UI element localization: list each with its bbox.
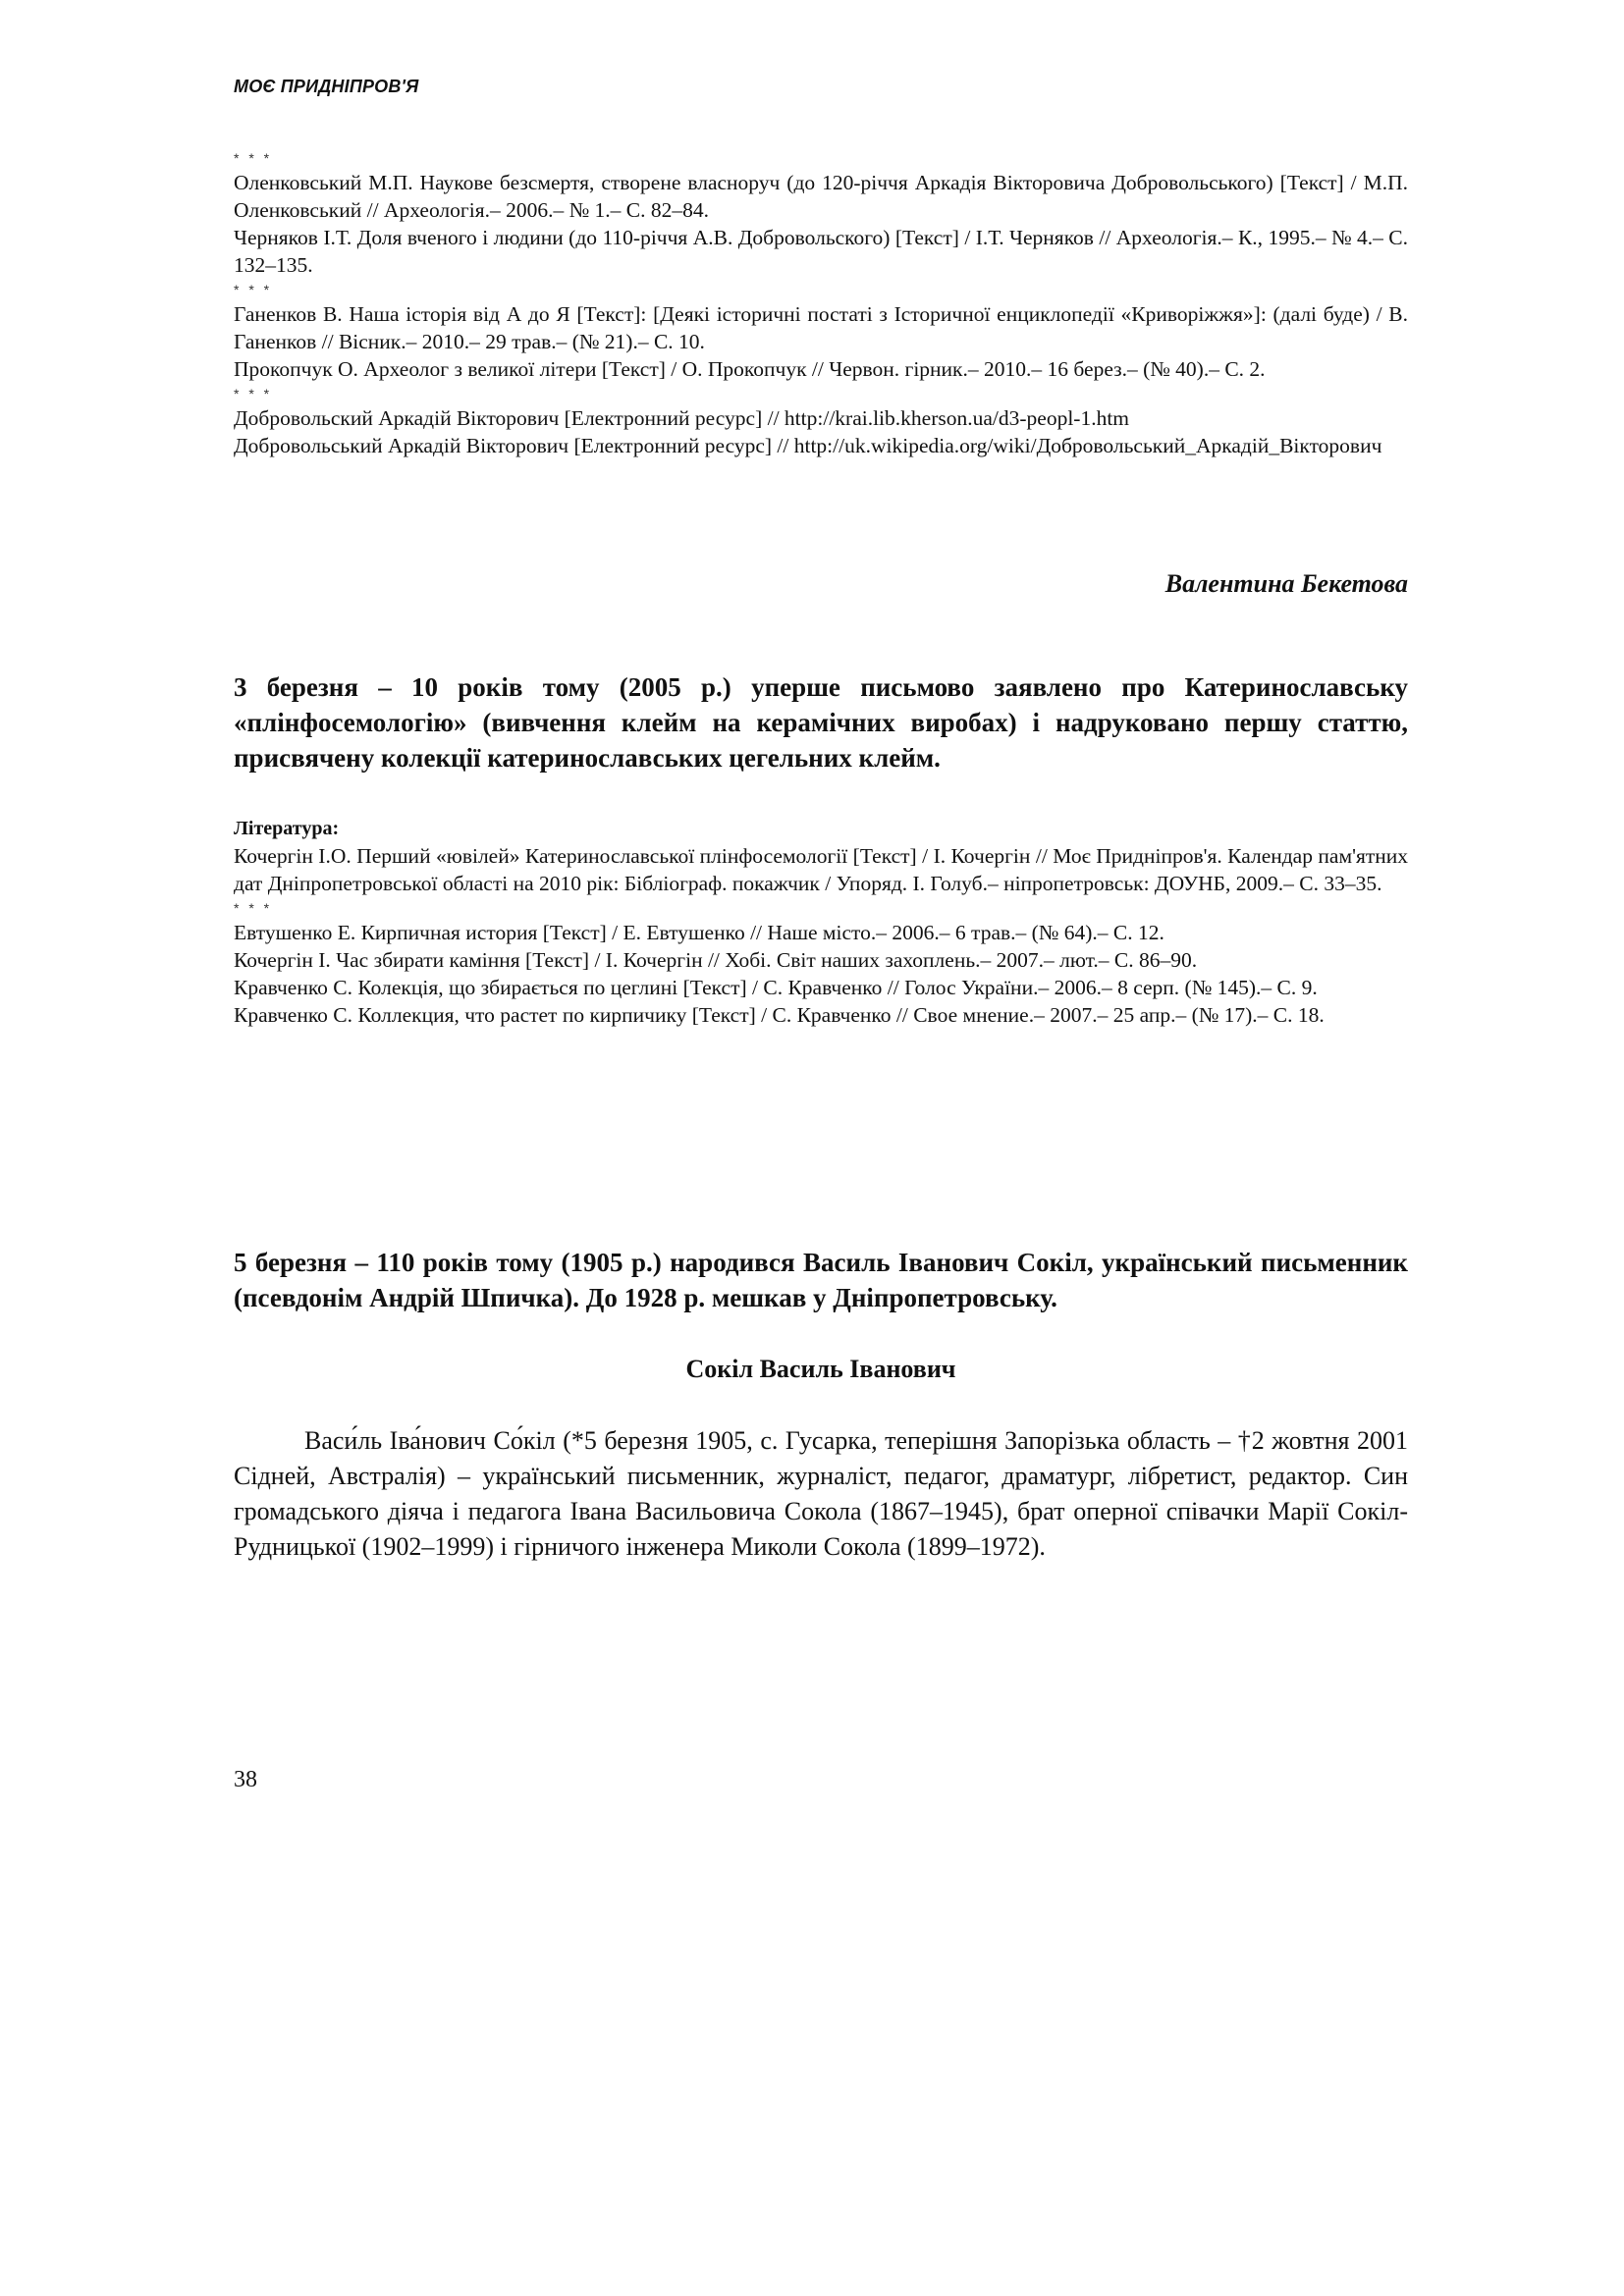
reference-item: Черняков І.Т. Доля вченого і людини (до … bbox=[234, 224, 1408, 279]
reference-item: Добровольский Аркадій Вікторович [Електр… bbox=[234, 404, 1408, 432]
separator: * * * bbox=[234, 383, 1408, 404]
separator: * * * bbox=[234, 897, 1408, 919]
event-heading-2005: 3 березня – 10 років тому (2005 р.) упер… bbox=[234, 669, 1408, 775]
article-subtitle: Сокіл Василь Іванович bbox=[234, 1355, 1408, 1384]
separator: * * * bbox=[234, 279, 1408, 300]
reference-item: Оленковський М.П. Наукове безсмертя, ств… bbox=[234, 169, 1408, 224]
reference-item: Добровольський Аркадій Вікторович [Елект… bbox=[234, 432, 1408, 459]
biography-paragraph: Васи́ль Іва́нович Со́кіл (*5 березня 190… bbox=[234, 1423, 1408, 1565]
reference-item: Кочергін І. Час збирати каміння [Текст] … bbox=[234, 946, 1408, 974]
reference-item: Кравченко С. Колекція, що збирається по … bbox=[234, 974, 1408, 1001]
section-author: Валентина Бекетова bbox=[1165, 569, 1408, 599]
reference-item: Кочергін І.О. Перший «ювілей» Катериносл… bbox=[234, 842, 1408, 897]
separator: * * * bbox=[234, 147, 1408, 169]
reference-item: Прокопчук О. Археолог з великої літери [… bbox=[234, 355, 1408, 383]
reference-item: Кравченко С. Коллекция, что растет по ки… bbox=[234, 1001, 1408, 1029]
bibliography-dobrovolsky: * * * Оленковський М.П. Наукове безсмерт… bbox=[234, 147, 1408, 459]
bibliography-plinfosemology: Література: Кочергін І.О. Перший «ювілей… bbox=[234, 815, 1408, 1029]
page-number: 38 bbox=[234, 1767, 257, 1793]
event-heading-1905: 5 березня – 110 років тому (1905 р.) нар… bbox=[234, 1245, 1408, 1315]
reference-item: Ганенков В. Наша історія від А до Я [Тек… bbox=[234, 300, 1408, 355]
literature-label: Література: bbox=[234, 815, 1408, 842]
running-head: МОЄ ПРИДНІПРОВ'Я bbox=[234, 77, 418, 97]
reference-item: Евтушенко Е. Кирпичная история [Текст] /… bbox=[234, 919, 1408, 946]
